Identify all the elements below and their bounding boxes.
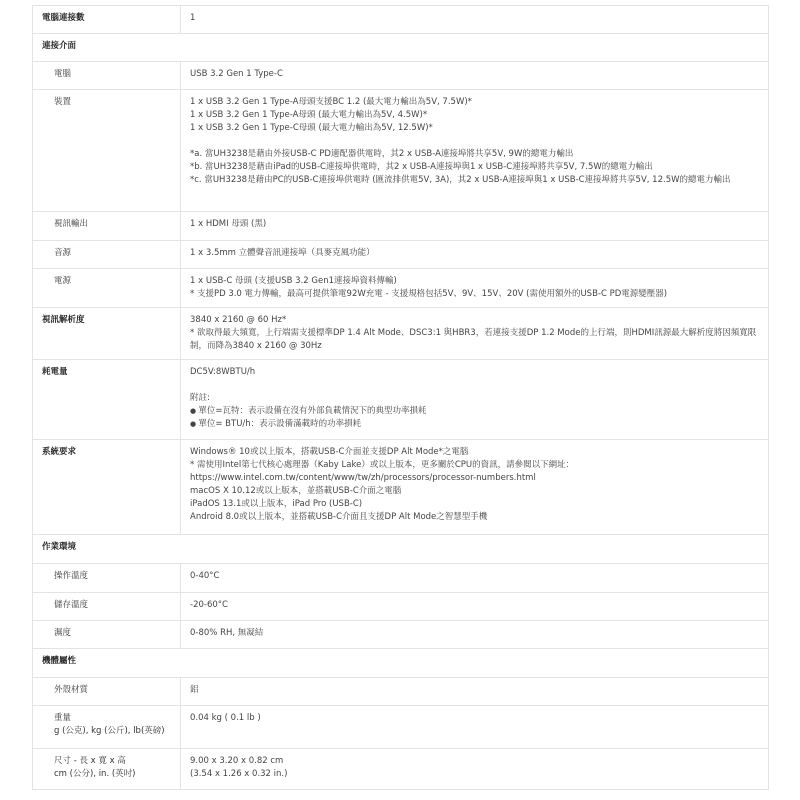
row-label: 視訊輸出 bbox=[33, 212, 181, 241]
row-label: 系統要求 bbox=[33, 440, 181, 535]
note-line: *c. 當UH3238是藉由PC的USB-C連接埠供電時 (匯流排供電5V, 3… bbox=[190, 174, 758, 187]
row-label: 電腦連接數 bbox=[33, 6, 181, 34]
table-row: 電腦連接數 1 bbox=[33, 6, 769, 34]
row-label: 操作溫度 bbox=[33, 564, 181, 593]
section-row: 作業環境 bbox=[33, 535, 769, 564]
table-row: 視訊輸出 1 x HDMI 母頭 (黑) bbox=[33, 212, 769, 241]
row-value: 9.00 x 3.20 x 0.82 cm (3.54 x 1.26 x 0.3… bbox=[181, 749, 769, 790]
section-row: 連接介面 bbox=[33, 34, 769, 62]
text-line: Android 8.0或以上版本，並搭載USB-C介面且支援DP Alt Mod… bbox=[190, 511, 758, 524]
note-bullet: 單位=瓦特：表示設備在沒有外部負載情況下的典型功率損耗 bbox=[190, 405, 758, 418]
text-line: 1 x USB 3.2 Gen 1 Type-A母頭支援BC 1.2 (最大電力… bbox=[190, 96, 758, 109]
row-label: 電腦 bbox=[33, 62, 181, 90]
note-line: *b. 當UH3238是藉由iPad的USB-C連接埠供電時，其2 x USB-… bbox=[190, 161, 758, 174]
text-line: * 欲取得最大頻寬，上行端需支援標準DP 1.4 Alt Mode、DSC3:1… bbox=[190, 327, 758, 353]
row-label: 濕度 bbox=[33, 621, 181, 649]
section-title: 連接介面 bbox=[33, 34, 769, 62]
row-value: DC5V:8WBTU/h 附註: 單位=瓦特：表示設備在沒有外部負載情況下的典型… bbox=[181, 360, 769, 440]
table-row: 重量 g (公克), kg (公斤), lb(英磅) 0.04 kg ( 0.1… bbox=[33, 706, 769, 749]
row-label: 裝置 bbox=[33, 90, 181, 212]
row-label: 外殼材質 bbox=[33, 678, 181, 706]
row-label: 視訊解析度 bbox=[33, 308, 181, 360]
table-row: 儲存溫度 -20-60°C bbox=[33, 593, 769, 621]
section-row: 機體屬性 bbox=[33, 649, 769, 678]
text-line: * 需使用Intel第七代核心處理器（Kaby Lake）或以上版本，更多關於C… bbox=[190, 459, 758, 472]
table-row: 系統要求 Windows® 10或以上版本，搭載USB-C介面並支援DP Alt… bbox=[33, 440, 769, 535]
row-label: 儲存溫度 bbox=[33, 593, 181, 621]
row-value: 0.04 kg ( 0.1 lb ) bbox=[181, 706, 769, 749]
label-line: 尺寸 - 長 x 寬 x 高 bbox=[54, 755, 170, 768]
row-value: 0-80% RH, 無凝結 bbox=[181, 621, 769, 649]
text-line: Windows® 10或以上版本，搭載USB-C介面並支援DP Alt Mode… bbox=[190, 446, 758, 459]
text-line: macOS X 10.12或以上版本，並搭載USB-C介面之電腦 bbox=[190, 485, 758, 498]
table-row: 濕度 0-80% RH, 無凝結 bbox=[33, 621, 769, 649]
table-row: 電源 1 x USB-C 母頭 (支援USB 3.2 Gen1連接埠資料傳輸) … bbox=[33, 269, 769, 308]
row-value: -20-60°C bbox=[181, 593, 769, 621]
text-line: iPadOS 13.1或以上版本，iPad Pro (USB-C) bbox=[190, 498, 758, 511]
row-label: 重量 g (公克), kg (公斤), lb(英磅) bbox=[33, 706, 181, 749]
label-sub: g (公克), kg (公斤), lb(英磅) bbox=[54, 725, 170, 738]
row-label: 電源 bbox=[33, 269, 181, 308]
text-line: 3840 x 2160 @ 60 Hz* bbox=[190, 314, 758, 327]
table-row: 音源 1 x 3.5mm 立體聲音訊連接埠（具麥克風功能） bbox=[33, 241, 769, 269]
note-line: *a. 當UH3238是藉由外接USB-C PD適配器供電時，其2 x USB-… bbox=[190, 148, 758, 161]
text-line: (3.54 x 1.26 x 0.32 in.) bbox=[190, 768, 758, 781]
label-line: 重量 bbox=[54, 712, 170, 725]
section-title: 作業環境 bbox=[33, 535, 769, 564]
row-value: 0-40°C bbox=[181, 564, 769, 593]
text-line: 1 x USB 3.2 Gen 1 Type-C母頭 (最大電力輸出為5V, 1… bbox=[190, 122, 758, 135]
table-row: 操作溫度 0-40°C bbox=[33, 564, 769, 593]
table-row: 裝置 1 x USB 3.2 Gen 1 Type-A母頭支援BC 1.2 (最… bbox=[33, 90, 769, 212]
section-title: 機體屬性 bbox=[33, 649, 769, 678]
row-value: 鋁 bbox=[181, 678, 769, 706]
text-line: * 支援PD 3.0 電力傳輸，最高可提供筆電92W充電 - 支援規格包括5V、… bbox=[190, 288, 758, 301]
label-sub: cm (公分), in. (英吋) bbox=[54, 768, 170, 781]
row-value: 1 x 3.5mm 立體聲音訊連接埠（具麥克風功能） bbox=[181, 241, 769, 269]
row-value: Windows® 10或以上版本，搭載USB-C介面並支援DP Alt Mode… bbox=[181, 440, 769, 535]
text-line: 1 x USB-C 母頭 (支援USB 3.2 Gen1連接埠資料傳輸) bbox=[190, 275, 758, 288]
text-line: 1 x USB 3.2 Gen 1 Type-A母頭 (最大電力輸出為5V, 4… bbox=[190, 109, 758, 122]
row-label: 耗電量 bbox=[33, 360, 181, 440]
row-label: 尺寸 - 長 x 寬 x 高 cm (公分), in. (英吋) bbox=[33, 749, 181, 790]
spec-table: 電腦連接數 1 連接介面 電腦 USB 3.2 Gen 1 Type-C 裝置 … bbox=[32, 5, 769, 790]
table-row: 外殼材質 鋁 bbox=[33, 678, 769, 706]
intel-link[interactable]: https://www.intel.com.tw/content/www/tw/… bbox=[190, 472, 758, 485]
row-value: 1 x USB 3.2 Gen 1 Type-A母頭支援BC 1.2 (最大電力… bbox=[181, 90, 769, 212]
text-line: DC5V:8WBTU/h bbox=[190, 366, 758, 379]
row-label: 音源 bbox=[33, 241, 181, 269]
row-value: 1 x USB-C 母頭 (支援USB 3.2 Gen1連接埠資料傳輸) * 支… bbox=[181, 269, 769, 308]
table-row: 耗電量 DC5V:8WBTU/h 附註: 單位=瓦特：表示設備在沒有外部負載情況… bbox=[33, 360, 769, 440]
row-value: 1 x HDMI 母頭 (黑) bbox=[181, 212, 769, 241]
table-row: 尺寸 - 長 x 寬 x 高 cm (公分), in. (英吋) 9.00 x … bbox=[33, 749, 769, 790]
text-line: 9.00 x 3.20 x 0.82 cm bbox=[190, 755, 758, 768]
table-row: 電腦 USB 3.2 Gen 1 Type-C bbox=[33, 62, 769, 90]
note-bullet: 單位= BTU/h：表示設備滿載時的功率損耗 bbox=[190, 418, 758, 431]
note-title: 附註: bbox=[190, 392, 758, 405]
row-value: 1 bbox=[181, 6, 769, 34]
row-value: 3840 x 2160 @ 60 Hz* * 欲取得最大頻寬，上行端需支援標準D… bbox=[181, 308, 769, 360]
row-value: USB 3.2 Gen 1 Type-C bbox=[181, 62, 769, 90]
table-row: 視訊解析度 3840 x 2160 @ 60 Hz* * 欲取得最大頻寬，上行端… bbox=[33, 308, 769, 360]
